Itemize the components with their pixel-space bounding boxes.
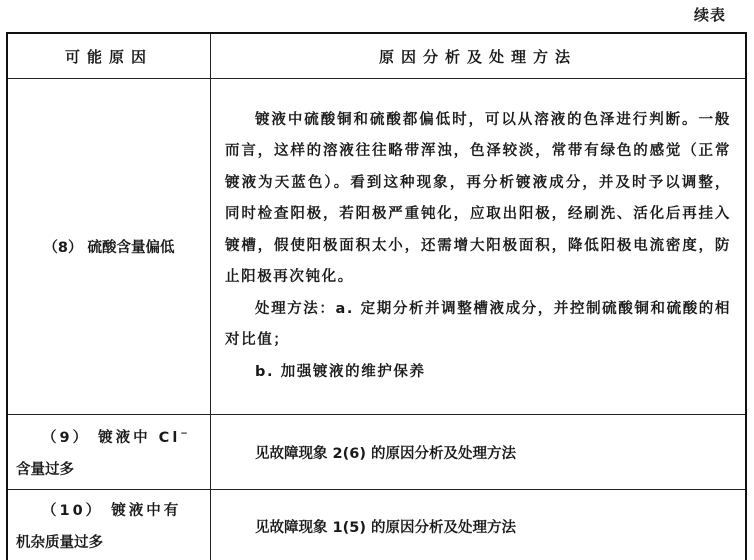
table-caption: 续表 (694, 4, 726, 25)
method-a: 处理方法：a. 定期分析并调整槽液成分，并控制硫酸铜和硫酸的相对比值； (225, 294, 731, 357)
cause-line-1: （9） 镀液中 Cl− (16, 418, 202, 454)
table-row: （9） 镀液中 Cl− 含量过多 见故障现象 2(6) 的原因分析及处理方法 (7, 415, 746, 490)
header-possible-cause: 可能原因 (7, 33, 211, 79)
method-b: b. 加强镀液的维护保养 (225, 357, 731, 389)
method-label: 处理方法： (255, 301, 336, 317)
cause-cell: （8） 硫酸含量偏低 (7, 79, 211, 415)
cause-cell: （10） 镀液中有 机杂质量过多 (7, 490, 211, 560)
table-row: （10） 镀液中有 机杂质量过多 见故障现象 1(5) 的原因分析及处理方法 (7, 490, 746, 560)
cause-line-2: 机杂质量过多 (16, 527, 202, 559)
cause-text: （9） 镀液中 Cl (42, 430, 180, 446)
analysis-cell: 镀液中硫酸铜和硫酸都偏低时，可以从溶液的色泽进行判断。一般而言，这样的溶液往往略… (211, 79, 747, 415)
analysis-cell: 见故障现象 1(5) 的原因分析及处理方法 (211, 490, 747, 560)
header-analysis-method: 原因分析及处理方法 (211, 33, 747, 79)
analysis-cell: 见故障现象 2(6) 的原因分析及处理方法 (211, 415, 747, 490)
cause-line-1: （10） 镀液中有 (16, 495, 202, 527)
cause-cell: （9） 镀液中 Cl− 含量过多 (7, 415, 211, 490)
troubleshooting-table: 可能原因 原因分析及处理方法 （8） 硫酸含量偏低 镀液中硫酸铜和硫酸都偏低时，… (6, 32, 747, 560)
analysis-paragraph: 镀液中硫酸铜和硫酸都偏低时，可以从溶液的色泽进行判断。一般而言，这样的溶液往往略… (225, 105, 731, 294)
superscript-charge: − (180, 429, 191, 439)
cause-line-2: 含量过多 (16, 454, 202, 486)
table-row: （8） 硫酸含量偏低 镀液中硫酸铜和硫酸都偏低时，可以从溶液的色泽进行判断。一般… (7, 79, 746, 415)
table-header-row: 可能原因 原因分析及处理方法 (7, 33, 746, 79)
